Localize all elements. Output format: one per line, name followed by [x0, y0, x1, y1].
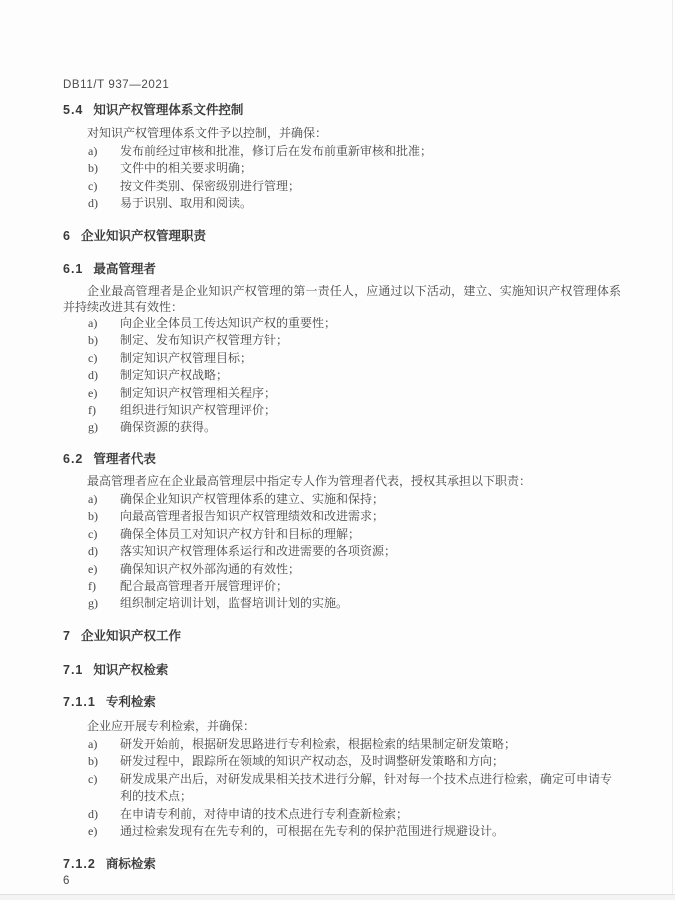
list-item-label: g)	[88, 419, 120, 436]
scan-bottom-edge-shadow	[0, 894, 675, 900]
list-item-text: 按文件类别、保密级别进行管理；	[120, 178, 621, 195]
list-item-text: 易于识别、取用和阅读。	[120, 195, 621, 212]
list-item: c) 按文件类别、保密级别进行管理；	[63, 178, 621, 195]
list-item-text: 在申请专利前，对待申请的技术点进行专利查新检索；	[120, 806, 621, 823]
list-item: f) 组织进行知识产权管理评价；	[63, 402, 621, 419]
section-heading-7-1-1: 7.1.1专利检索	[63, 692, 621, 710]
list-item-text: 配合最高管理者开展管理评价；	[120, 578, 621, 595]
clause-list-5-4: a) 发布前经过审核和批准，修订后在发布前重新审核和批准； b) 文件中的相关要…	[63, 143, 621, 213]
list-item-text: 文件中的相关要求明确；	[120, 160, 621, 177]
list-item: b) 制定、发布知识产权管理方针；	[63, 332, 621, 349]
clause-list-6-1: a) 向企业全体员工传达知识产权的重要性； b) 制定、发布知识产权管理方针； …	[63, 315, 621, 437]
list-item: b) 研发过程中，跟踪所在领域的知识产权动态，及时调整研发策略和方向；	[63, 753, 621, 770]
list-item-label: a)	[88, 736, 120, 753]
list-item-text: 制定知识产权管理目标；	[120, 350, 621, 367]
list-item-label: c)	[88, 350, 120, 367]
section-heading-7: 7企业知识产权工作	[63, 626, 621, 644]
list-item-text: 组织制定培训计划，监督培训计划的实施。	[120, 595, 621, 612]
list-item: g) 确保资源的获得。	[63, 419, 621, 436]
list-item-text: 制定知识产权管理相关程序；	[120, 385, 621, 402]
section-title: 企业知识产权管理职责	[81, 229, 206, 243]
list-item-label: d)	[88, 367, 120, 384]
section-number: 7.1.1	[63, 695, 96, 709]
list-item-label: d)	[88, 806, 120, 823]
section-heading-6-1: 6.1最高管理者	[63, 259, 621, 277]
list-item-label: a)	[88, 491, 120, 508]
list-item-text: 研发开始前，根据研发思路进行专利检索，根据检索的结果制定研发策略；	[120, 736, 621, 753]
section-title: 专利检索	[106, 695, 156, 709]
doc-code-header: DB11/T 937—2021	[63, 79, 621, 91]
list-item-text: 研发成果产出后，对研发成果相关技术进行分解，针对每一个技术点进行检索，确定可申请…	[120, 771, 621, 806]
list-item: e) 制定知识产权管理相关程序；	[63, 385, 621, 402]
list-item-text: 确保资源的获得。	[120, 419, 621, 436]
list-item-label: c)	[88, 771, 120, 806]
list-item-label: d)	[88, 195, 120, 212]
list-item-text: 发布前经过审核和批准，修订后在发布前重新审核和批准；	[120, 143, 621, 160]
section-heading-7-1-2: 7.1.2商标检索	[63, 854, 621, 872]
list-item-label: c)	[88, 526, 120, 543]
scan-right-edge-shadow	[672, 0, 673, 900]
list-item-label: g)	[88, 595, 120, 612]
section-number: 6.1	[63, 262, 83, 276]
section-title: 管理者代表	[93, 452, 156, 466]
list-item-label: b)	[88, 508, 120, 525]
list-item: a) 发布前经过审核和批准，修订后在发布前重新审核和批准；	[63, 143, 621, 160]
section-number: 7.1	[63, 663, 83, 677]
list-item: c) 制定知识产权管理目标；	[63, 350, 621, 367]
clause-intro-paragraph: 对知识产权管理体系文件予以控制，并确保：	[63, 126, 621, 142]
list-item-text: 通过检索发现有在先专利的，可根据在先专利的保护范围进行规避设计。	[120, 823, 621, 840]
section-title: 知识产权管理体系文件控制	[93, 103, 243, 117]
section-title: 知识产权检索	[93, 663, 168, 677]
list-item-label: d)	[88, 543, 120, 560]
list-item-text: 确保企业知识产权管理体系的建立、实施和保持；	[120, 491, 621, 508]
list-item-label: e)	[88, 385, 120, 402]
scanned-standard-page: DB11/T 937—2021 5.4知识产权管理体系文件控制 对知识产权管理体…	[0, 0, 675, 900]
list-item: d) 落实知识产权管理体系运行和改进需要的各项资源；	[63, 543, 621, 560]
list-item: a) 向企业全体员工传达知识产权的重要性；	[63, 315, 621, 332]
list-item-label: b)	[88, 753, 120, 770]
list-item: e) 确保知识产权外部沟通的有效性；	[63, 561, 621, 578]
list-item-label: b)	[88, 332, 120, 349]
section-heading-5-4: 5.4知识产权管理体系文件控制	[63, 100, 621, 118]
page-number: 6	[63, 875, 621, 887]
section-number: 7.1.2	[63, 857, 96, 871]
clause-list-7-1-1: a) 研发开始前，根据研发思路进行专利检索，根据检索的结果制定研发策略； b) …	[63, 736, 621, 840]
list-item: g) 组织制定培训计划，监督培训计划的实施。	[63, 595, 621, 612]
section-heading-7-1: 7.1知识产权检索	[63, 660, 621, 678]
list-item-label: e)	[88, 823, 120, 840]
section-heading-6: 6企业知识产权管理职责	[63, 226, 621, 244]
section-heading-6-2: 6.2管理者代表	[63, 449, 621, 467]
list-item: d) 在申请专利前，对待申请的技术点进行专利查新检索；	[63, 806, 621, 823]
list-item-text: 研发过程中，跟踪所在领域的知识产权动态，及时调整研发策略和方向；	[120, 753, 621, 770]
list-item: c) 研发成果产出后，对研发成果相关技术进行分解，针对每一个技术点进行检索，确定…	[63, 771, 621, 806]
clause-intro-paragraph: 最高管理者应在企业最高管理层中指定专人作为管理者代表，授权其承担以下职责：	[63, 474, 621, 490]
list-item-label: b)	[88, 160, 120, 177]
clause-intro-paragraph: 企业应开展专利检索，并确保：	[63, 719, 621, 735]
list-item: e) 通过检索发现有在先专利的，可根据在先专利的保护范围进行规避设计。	[63, 823, 621, 840]
list-item-text: 向企业全体员工传达知识产权的重要性；	[120, 315, 621, 332]
section-number: 7	[63, 629, 71, 643]
list-item-text: 确保知识产权外部沟通的有效性；	[120, 561, 621, 578]
list-item: f) 配合最高管理者开展管理评价；	[63, 578, 621, 595]
list-item: c) 确保全体员工对知识产权方针和目标的理解；	[63, 526, 621, 543]
list-item: a) 确保企业知识产权管理体系的建立、实施和保持；	[63, 491, 621, 508]
list-item-text: 组织进行知识产权管理评价；	[120, 402, 621, 419]
list-item-label: f)	[88, 578, 120, 595]
list-item: d) 易于识别、取用和阅读。	[63, 195, 621, 212]
clause-list-6-2: a) 确保企业知识产权管理体系的建立、实施和保持； b) 向最高管理者报告知识产…	[63, 491, 621, 613]
list-item: a) 研发开始前，根据研发思路进行专利检索，根据检索的结果制定研发策略；	[63, 736, 621, 753]
list-item: b) 向最高管理者报告知识产权管理绩效和改进需求；	[63, 508, 621, 525]
list-item-label: e)	[88, 561, 120, 578]
section-title: 最高管理者	[93, 262, 156, 276]
clause-intro-paragraph: 企业最高管理者是企业知识产权管理的第一责任人，应通过以下活动，建立、实施知识产权…	[63, 284, 621, 316]
list-item-label: a)	[88, 143, 120, 160]
list-item-text: 向最高管理者报告知识产权管理绩效和改进需求；	[120, 508, 621, 525]
list-item-text: 落实知识产权管理体系运行和改进需要的各项资源；	[120, 543, 621, 560]
section-number: 6	[63, 229, 71, 243]
list-item-text: 确保全体员工对知识产权方针和目标的理解；	[120, 526, 621, 543]
section-title: 企业知识产权工作	[81, 629, 181, 643]
section-number: 6.2	[63, 452, 83, 466]
section-title: 商标检索	[106, 857, 156, 871]
list-item-text: 制定、发布知识产权管理方针；	[120, 332, 621, 349]
list-item-label: a)	[88, 315, 120, 332]
list-item-label: f)	[88, 402, 120, 419]
section-number: 5.4	[63, 103, 83, 117]
list-item-label: c)	[88, 178, 120, 195]
list-item-text: 制定知识产权战略；	[120, 367, 621, 384]
list-item: d) 制定知识产权战略；	[63, 367, 621, 384]
list-item: b) 文件中的相关要求明确；	[63, 160, 621, 177]
